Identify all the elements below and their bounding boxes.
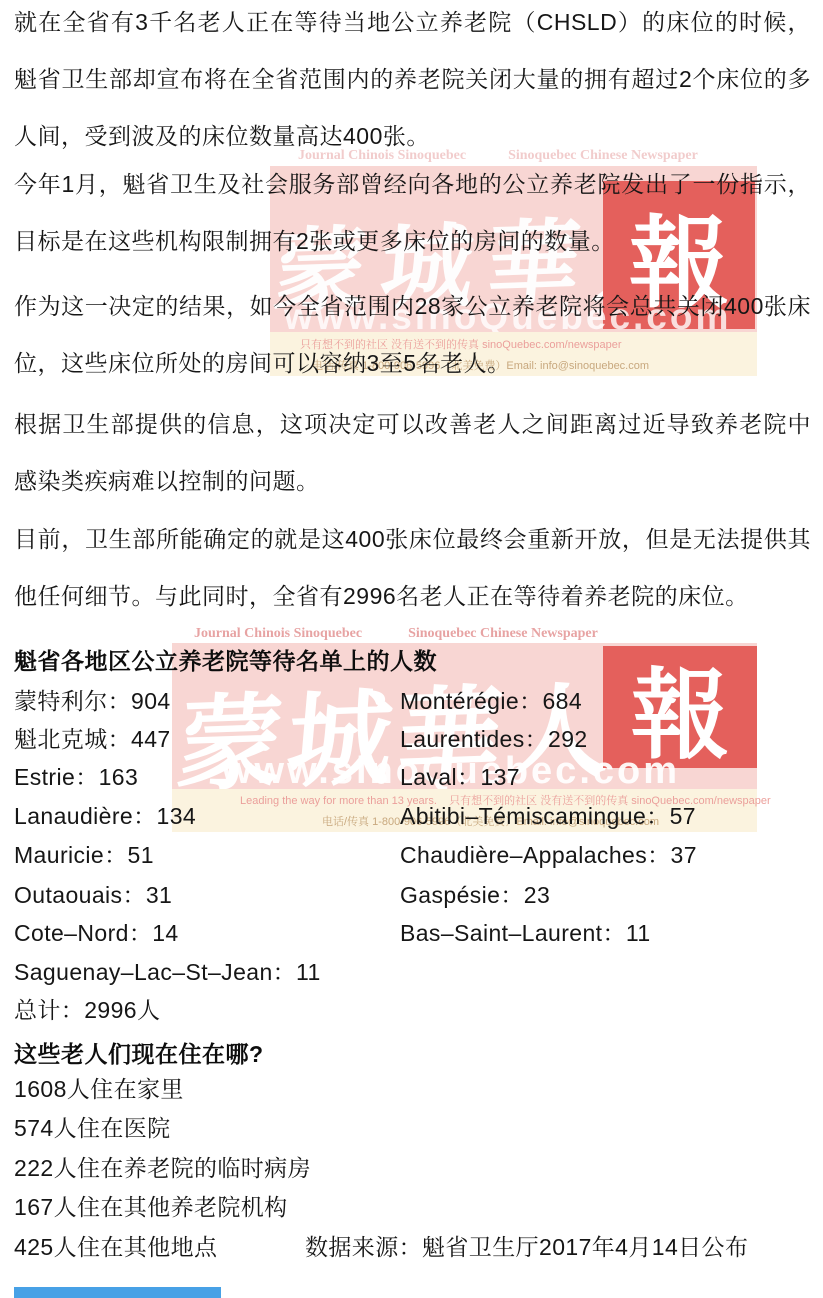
waitlist-row: Estrie：163 Laval：137 — [14, 759, 811, 789]
region-count-cell: Lanaudière：134 — [14, 798, 196, 831]
masthead-french: Journal Chinois Sinoquebec — [194, 626, 362, 642]
waitlist-row: Lanaudière：134 Abitibi–Témiscamingue：57 — [14, 798, 811, 828]
total-cell: 总计：2996人 — [14, 992, 160, 1025]
masthead-english: Sinoquebec Chinese Newspaper — [408, 626, 598, 642]
data-source-note: 数据来源：魁省卫生厅2017年4月14日公布 — [305, 1229, 748, 1262]
waitlist-row: 蒙特利尔：904 Montérégie：684 — [14, 683, 811, 713]
residence-title: 这些老人们现在住在哪? — [14, 1036, 264, 1069]
region-count-cell: Estrie：163 — [14, 759, 138, 792]
newspaper-masthead: Journal Chinois Sinoquebec Sinoquebec Ch… — [194, 626, 598, 642]
waitlist-row: Outaouais：31 Gaspésie：23 — [14, 877, 811, 907]
article-page: Journal Chinois Sinoquebec Sinoquebec Ch… — [0, 0, 823, 1298]
waitlist-total-row: 总计：2996人 — [14, 992, 811, 1022]
waitlist-title: 魁省各地区公立养老院等待名单上的人数 — [14, 643, 437, 676]
region-count-cell: Cote–Nord：14 — [14, 915, 179, 948]
region-count-cell: Montérégie：684 — [400, 683, 582, 716]
region-count-cell: 蒙特利尔：904 — [14, 683, 171, 716]
footer-bar — [14, 1287, 221, 1298]
region-count-cell: 魁北克城：447 — [14, 721, 171, 754]
region-count-cell: Saguenay–Lac–St–Jean：11 — [14, 954, 321, 987]
residence-item: 574人住在医院 — [14, 1110, 171, 1143]
waitlist-row: Mauricie：51 Chaudière–Appalaches：37 — [14, 837, 811, 867]
waitlist-row: Cote–Nord：14 Bas–Saint–Laurent：11 — [14, 915, 811, 945]
article-paragraph-3: 作为这一决定的结果，如今全省范围内28家公立养老院将会总共关闭400张床位，这些… — [14, 278, 811, 392]
residence-item: 425人住在其他地点 — [14, 1229, 217, 1262]
region-count-cell: Chaudière–Appalaches：37 — [400, 837, 697, 870]
waitlist-row: Saguenay–Lac–St–Jean：11 — [14, 954, 811, 984]
article-paragraph-1: 就在全省有3千名老人正在等待当地公立养老院（CHSLD）的床位的时候，魁省卫生部… — [14, 0, 811, 165]
waitlist-row: 魁北克城：447 Laurentides：292 — [14, 721, 811, 751]
article-paragraph-2: 今年1月，魁省卫生及社会服务部曾经向各地的公立养老院发出了一份指示，目标是在这些… — [14, 156, 811, 270]
region-count-cell: Laurentides：292 — [400, 721, 588, 754]
article-paragraph-5: 目前，卫生部所能确定的就是这400张床位最终会重新开放，但是无法提供其他任何细节… — [14, 511, 811, 625]
article-paragraph-4: 根据卫生部提供的信息，这项决定可以改善老人之间距离过近导致养老院中感染类疾病难以… — [14, 396, 811, 510]
region-count-cell: Abitibi–Témiscamingue：57 — [400, 798, 696, 831]
region-count-cell: Mauricie：51 — [14, 837, 154, 870]
residence-item: 167人住在其他养老院机构 — [14, 1189, 288, 1222]
region-count-cell: Laval：137 — [400, 759, 520, 792]
region-count-cell: Bas–Saint–Laurent：11 — [400, 915, 651, 948]
residence-item: 1608人住在家里 — [14, 1071, 184, 1104]
region-count-cell: Outaouais：31 — [14, 877, 172, 910]
residence-item: 222人住在养老院的临时病房 — [14, 1150, 311, 1183]
region-count-cell: Gaspésie：23 — [400, 877, 550, 910]
